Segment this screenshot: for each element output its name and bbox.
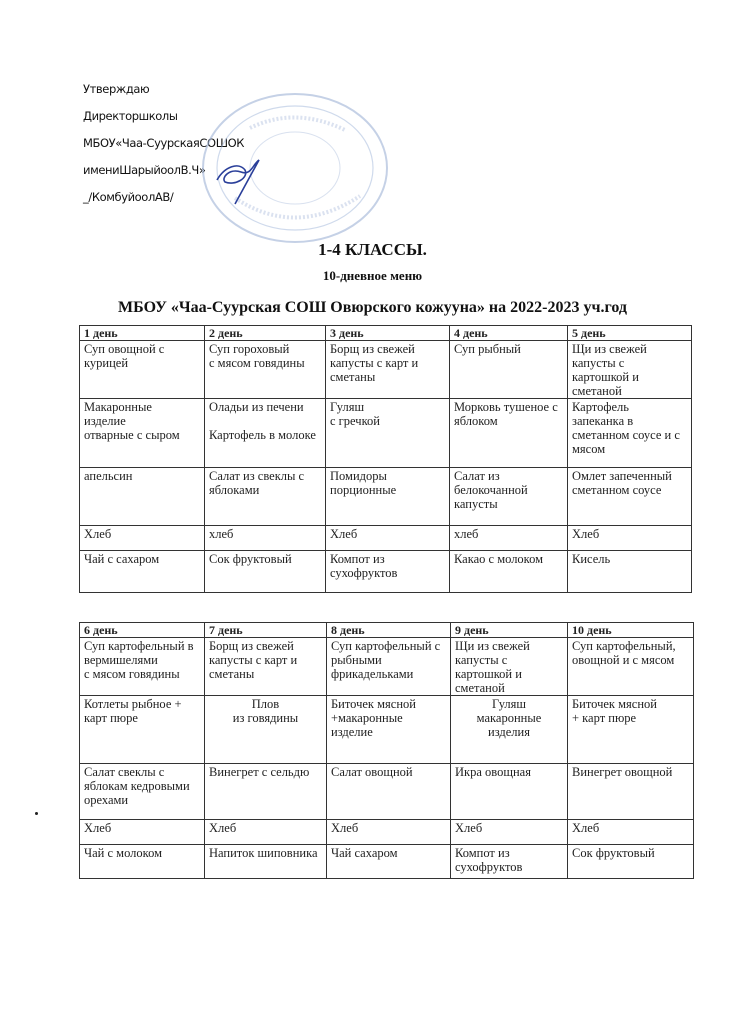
menu-cell: Сок фруктовый [568, 845, 694, 879]
menu-cell: Компот из сухофруктов [451, 845, 568, 879]
menu-cell: Хлеб [568, 526, 692, 551]
menu-cell: Чай с сахаром [80, 551, 205, 593]
menu-cell: Оладьи из печени Картофель в молоке [205, 399, 326, 468]
menu-cell: Винегрет с сельдю [205, 764, 327, 820]
day-header: 1 день [80, 326, 205, 341]
menu-cell: Суп картофельный, овощной и с мясом [568, 638, 694, 696]
menu-cell: Салат из свеклы с яблоками [205, 468, 326, 526]
menu-table-days-1-5: 1 день 2 день 3 день 4 день 5 день Суп о… [79, 325, 692, 593]
day-header: 6 день [80, 623, 205, 638]
menu-cell: Сок фруктовый [205, 551, 326, 593]
menu-cell: Гуляш с гречкой [326, 399, 450, 468]
day-header: 10 день [568, 623, 694, 638]
menu-cell: Котлеты рыбное + карт пюре [80, 696, 205, 764]
menu-cell: Картофель запеканка в сметанном соусе и … [568, 399, 692, 468]
table-row-bread: Хлеб Хлеб Хлеб Хлеб Хлеб [80, 820, 694, 845]
signature-icon [217, 160, 259, 204]
table-row-bread: Хлеб хлеб Хлеб хлеб Хлеб [80, 526, 692, 551]
menu-cell: Хлеб [80, 526, 205, 551]
menu-cell: Хлеб [326, 526, 450, 551]
table-row-drink: Чай с молоком Напиток шиповника Чай саха… [80, 845, 694, 879]
table-row-main: Макаронные изделие отварные с сыром Олад… [80, 399, 692, 468]
menu-cell: Хлеб [568, 820, 694, 845]
school-title-heading: МБОУ «Чаа-Суурская СОШ Овюрского кожууна… [0, 299, 745, 317]
menu-cell: Суп картофельный с рыбными фрикадельками [327, 638, 451, 696]
table-header-row: 6 день 7 день 8 день 9 день 10 день [80, 623, 694, 638]
table-row-drink: Чай с сахаром Сок фруктовый Компот из су… [80, 551, 692, 593]
scan-speck [35, 812, 38, 815]
day-header: 2 день [205, 326, 326, 341]
table-row-side: апельсин Салат из свеклы с яблоками Поми… [80, 468, 692, 526]
menu-cell: Помидоры порционные [326, 468, 450, 526]
menu-cell: Напиток шиповника [205, 845, 327, 879]
menu-cell: Суп гороховый с мясом говядины [205, 341, 326, 399]
day-header: 4 день [450, 326, 568, 341]
table-header-row: 1 день 2 день 3 день 4 день 5 день [80, 326, 692, 341]
day-header: 3 день [326, 326, 450, 341]
day-header: 8 день [327, 623, 451, 638]
menu-cell: Чай сахаром [327, 845, 451, 879]
menu-cell: Суп овощной с курицей [80, 341, 205, 399]
menu-cell: Хлеб [451, 820, 568, 845]
day-header: 5 день [568, 326, 692, 341]
menu-cell: апельсин [80, 468, 205, 526]
menu-cell: Щи из свежей капусты с картошкой и смета… [451, 638, 568, 696]
menu-cell: Морковь тушеное с яблоком [450, 399, 568, 468]
seal-stamp-icon [195, 88, 395, 248]
menu-cell: хлеб [450, 526, 568, 551]
menu-cell: Суп картофельный в вермишелями с мясом г… [80, 638, 205, 696]
grades-heading: 1-4 КЛАССЫ. [0, 240, 745, 260]
menu-type-heading: 10-дневное меню [0, 268, 745, 284]
table-row-side: Салат свеклы с яблокам кедровыми орехами… [80, 764, 694, 820]
menu-cell: Чай с молоком [80, 845, 205, 879]
menu-cell: Хлеб [327, 820, 451, 845]
menu-cell: Биточек мясной + карт пюре [568, 696, 694, 764]
menu-cell: Компот из сухофруктов [326, 551, 450, 593]
menu-cell: Борщ из свежей капусты с карт и сметаны [326, 341, 450, 399]
menu-cell: Борщ из свежей капусты с карт и сметаны [205, 638, 327, 696]
menu-cell: Биточек мясной +макаронные изделие [327, 696, 451, 764]
menu-cell: Хлеб [205, 820, 327, 845]
menu-cell: хлеб [205, 526, 326, 551]
menu-cell: Плов из говядины [205, 696, 327, 764]
menu-table-days-6-10: 6 день 7 день 8 день 9 день 10 день Суп … [79, 622, 694, 879]
menu-cell: Суп рыбный [450, 341, 568, 399]
menu-cell: Щи из свежей капусты с картошкой и смета… [568, 341, 692, 399]
menu-cell: Икра овощная [451, 764, 568, 820]
menu-cell: Салат свеклы с яблокам кедровыми орехами [80, 764, 205, 820]
menu-cell: Омлет запеченный сметанном соусе [568, 468, 692, 526]
table-row-soup: Суп овощной с курицей Суп гороховый с мя… [80, 341, 692, 399]
menu-cell: Какао с молоком [450, 551, 568, 593]
menu-cell: Винегрет овощной [568, 764, 694, 820]
menu-cell: Салат из белокочанной капусты [450, 468, 568, 526]
menu-cell: Кисель [568, 551, 692, 593]
menu-cell: Хлеб [80, 820, 205, 845]
menu-cell: Макаронные изделие отварные с сыром [80, 399, 205, 468]
day-header: 7 день [205, 623, 327, 638]
day-header: 9 день [451, 623, 568, 638]
table-row-main: Котлеты рыбное + карт пюре Плов из говяд… [80, 696, 694, 764]
menu-cell: Гуляш макаронные изделия [451, 696, 568, 764]
table-row-soup: Суп картофельный в вермишелями с мясом г… [80, 638, 694, 696]
menu-cell: Салат овощной [327, 764, 451, 820]
